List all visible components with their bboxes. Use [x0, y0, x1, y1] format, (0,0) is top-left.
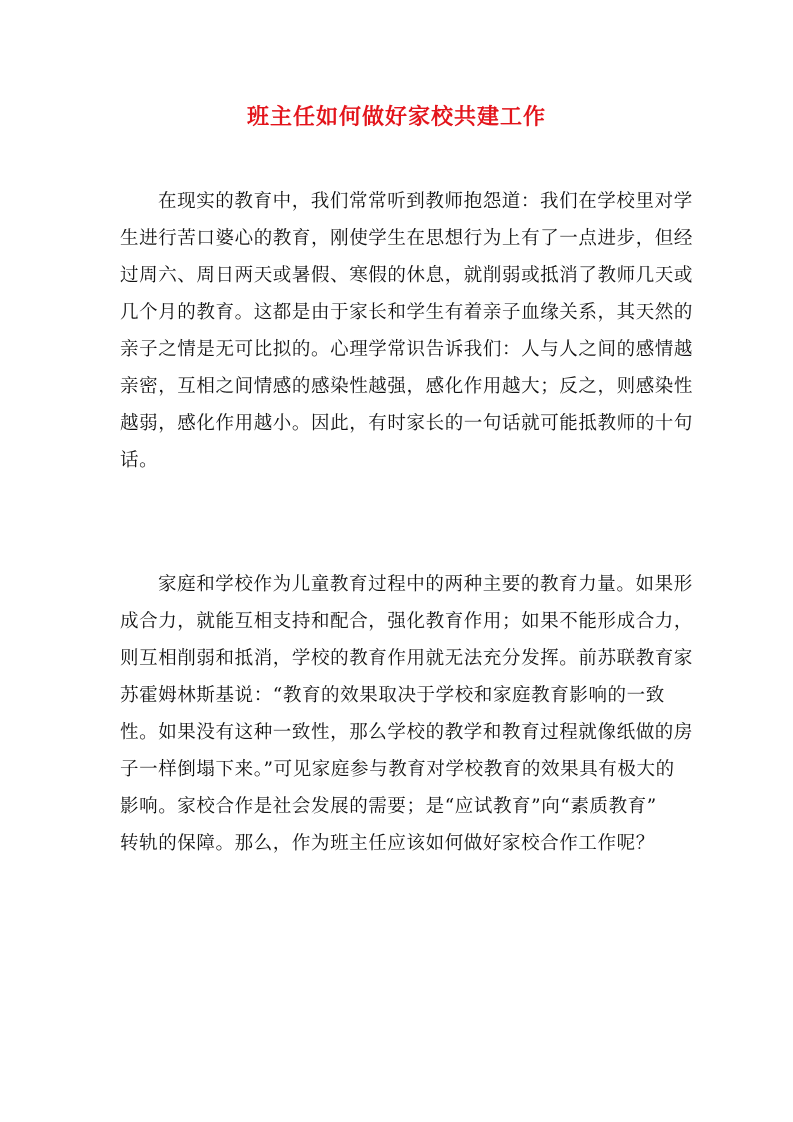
- paragraph-1: 在现实的教育中，我们常常听到教师抱怨道：我们在学校里对学 生进行苦口婆心的教育，…: [120, 183, 680, 479]
- text-line: 成合力，就能互相支持和配合，强化教育作用；如果不能形成合力，: [120, 603, 680, 640]
- text-line: 性。如果没有这种一致性，那么学校的教学和教育过程就像纸做的房: [120, 714, 680, 751]
- text-line: 苏霍姆林斯基说：“教育的效果取决于学校和家庭教育影响的一致: [120, 677, 680, 714]
- text-line: 家庭和学校作为儿童教育过程中的两种主要的教育力量。如果形: [120, 566, 680, 603]
- text-line: 影响。家校合作是社会发展的需要；是“应试教育”向“素质教育”: [120, 788, 680, 825]
- text-line: 话。: [120, 442, 680, 479]
- text-line: 亲子之情是无可比拟的。心理学常识告诉我们：人与人之间的感情越: [120, 331, 680, 368]
- text-line: 几个月的教育。这都是由于家长和学生有着亲子血缘关系，其天然的: [120, 294, 680, 331]
- document-title: 班主任如何做好家校共建工作: [0, 100, 793, 131]
- text-line: 亲密，互相之间情感的感染性越强，感化作用越大；反之，则感染性: [120, 368, 680, 405]
- text-line: 在现实的教育中，我们常常听到教师抱怨道：我们在学校里对学: [120, 183, 680, 220]
- paragraph-2: 家庭和学校作为儿童教育过程中的两种主要的教育力量。如果形 成合力，就能互相支持和…: [120, 566, 680, 862]
- text-line: 越弱，感化作用越小。因此，有时家长的一句话就可能抵教师的十句: [120, 405, 680, 442]
- text-line: 生进行苦口婆心的教育，刚使学生在思想行为上有了一点进步，但经: [120, 220, 680, 257]
- text-line: 转轨的保障。那么，作为班主任应该如何做好家校合作工作呢？: [120, 825, 680, 862]
- text-line: 则互相削弱和抵消，学校的教育作用就无法充分发挥。前苏联教育家: [120, 640, 680, 677]
- text-line: 子一样倒塌下来。”可见家庭参与教育对学校教育的效果具有极大的: [120, 751, 680, 788]
- text-line: 过周六、周日两天或暑假、寒假的休息，就削弱或抵消了教师几天或: [120, 257, 680, 294]
